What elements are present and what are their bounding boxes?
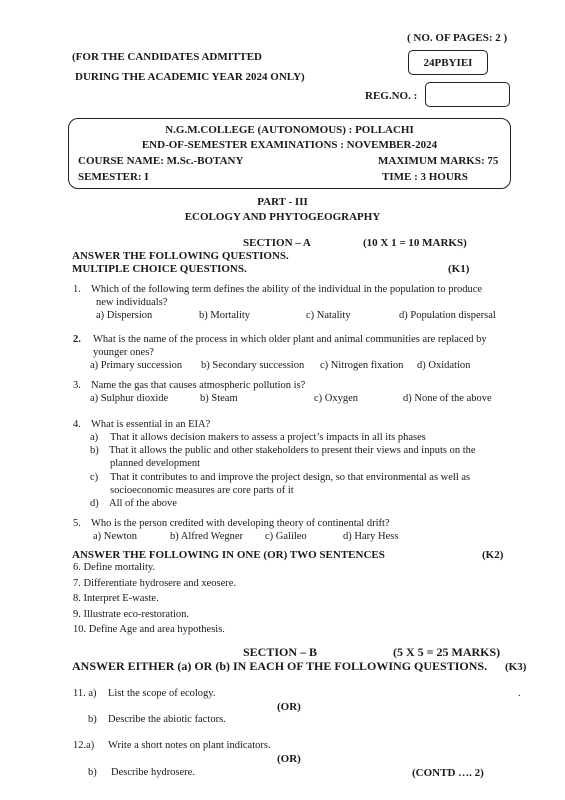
question-5-option-c: c) Galileo — [265, 531, 307, 542]
question-5-text: Who is the person credited with developi… — [91, 518, 390, 529]
question-4-text: What is essential in an EIA? — [91, 419, 210, 430]
question-2-text: What is the name of the process in which… — [93, 334, 487, 345]
trailing-dot: . — [518, 688, 521, 699]
paper-code-box: 24PBYIEI — [408, 50, 488, 75]
question-3-option-b: b) Steam — [200, 393, 238, 404]
question-3-number: 3. — [73, 380, 81, 391]
reg-no-label: REG.NO. : — [365, 90, 417, 102]
question-12b-number: b) — [88, 767, 97, 778]
subject-title: ECOLOGY AND PHYTOGEOGRAPHY — [0, 211, 565, 223]
question-4-option-b: That it allows the public and other stak… — [109, 445, 476, 456]
continued-note: (CONTD …. 2) — [412, 767, 484, 779]
question-1-text-cont: new individuals? — [96, 297, 167, 308]
exam-title: END-OF-SEMESTER EXAMINATIONS : NOVEMBER-… — [68, 139, 511, 151]
section-a-instruction: ANSWER THE FOLLOWING QUESTIONS. — [72, 250, 289, 262]
question-1-option-d: d) Population dispersal — [399, 310, 496, 321]
college-name: N.G.M.COLLEGE (AUTONOMOUS) : POLLACHI — [68, 124, 511, 136]
question-5-option-d: d) Hary Hess — [343, 531, 398, 542]
question-1-option-b: b) Mortality — [199, 310, 250, 321]
question-3-option-d: d) None of the above — [403, 393, 492, 404]
max-marks: MAXIMUM MARKS: 75 — [378, 155, 498, 167]
question-4-number: 4. — [73, 419, 81, 430]
mcq-instruction: MULTIPLE CHOICE QUESTIONS. — [72, 263, 247, 275]
question-1-number: 1. — [73, 284, 81, 295]
question-1-text: Which of the following term defines the … — [91, 284, 482, 295]
question-11b-text: Describe the abiotic factors. — [108, 714, 226, 725]
k3-level: (K3) — [505, 661, 526, 673]
question-11b-number: b) — [88, 714, 97, 725]
question-3-text: Name the gas that causes atmospheric pol… — [91, 380, 305, 391]
admitted-note-line2: DURING THE ACADEMIC YEAR 2024 ONLY) — [75, 71, 305, 83]
question-12b-text: Describe hydrosere. — [111, 767, 195, 778]
question-10: 10. Define Age and area hypothesis. — [73, 624, 225, 635]
question-2-option-b: b) Secondary succession — [201, 360, 304, 371]
section-a-marks: (10 X 1 = 10 MARKS) — [363, 237, 467, 249]
question-4-option-d-label: d) — [90, 498, 99, 509]
question-2-option-c: c) Nitrogen fixation — [320, 360, 403, 371]
page-count: ( NO. OF PAGES: 2 ) — [407, 32, 507, 44]
question-1-option-c: c) Natality — [306, 310, 351, 321]
question-2-option-d: d) Oxidation — [417, 360, 470, 371]
question-5-option-a: a) Newton — [93, 531, 137, 542]
section-b-instruction: ANSWER EITHER (a) OR (b) IN EACH OF THE … — [72, 659, 487, 674]
question-2-text-cont: younger ones? — [93, 347, 154, 358]
semester: SEMESTER: I — [78, 171, 149, 183]
admitted-note-line1: (FOR THE CANDIDATES ADMITTED — [72, 51, 262, 63]
question-4-option-b-cont: planned development — [110, 458, 200, 469]
question-11-or: (OR) — [277, 701, 301, 713]
short-answer-instruction: ANSWER THE FOLLOWING IN ONE (OR) TWO SEN… — [72, 549, 385, 561]
question-4-option-b-label: b) — [90, 445, 99, 456]
k1-level: (K1) — [448, 263, 469, 275]
question-7: 7. Differentiate hydrosere and xeosere. — [73, 578, 236, 589]
section-a-title: SECTION – A — [243, 237, 311, 249]
question-11a-text: List the scope of ecology. — [108, 688, 216, 699]
question-6: 6. Define mortality. — [73, 562, 155, 573]
question-8: 8. Interpret E-waste. — [73, 593, 159, 604]
section-b-marks: (5 X 5 = 25 MARKS) — [393, 645, 500, 660]
question-2-option-a: a) Primary succession — [90, 360, 182, 371]
question-3-option-c: c) Oxygen — [314, 393, 358, 404]
question-1-option-a: a) Dispersion — [96, 310, 152, 321]
exam-time: TIME : 3 HOURS — [382, 171, 468, 183]
question-2-number: 2. — [73, 334, 81, 345]
question-4-option-c-cont: socioeconomic measures are core parts of… — [110, 485, 294, 496]
question-4-option-c-label: c) — [90, 472, 98, 483]
question-4-option-a-label: a) — [90, 432, 98, 443]
question-3-option-a: a) Sulphur dioxide — [90, 393, 168, 404]
question-9: 9. Illustrate eco-restoration. — [73, 609, 189, 620]
question-4-option-c: That it contributes to and improve the p… — [110, 472, 470, 483]
course-name: COURSE NAME: M.Sc.-BOTANY — [78, 155, 243, 167]
paper-code: 24PBYIEI — [424, 57, 473, 69]
question-12a-text: Write a short notes on plant indicators. — [108, 740, 271, 751]
section-b-title: SECTION – B — [243, 645, 317, 660]
question-5-option-b: b) Alfred Wegner — [170, 531, 243, 542]
reg-no-field[interactable] — [425, 82, 510, 107]
part-title: PART - III — [0, 196, 565, 208]
question-12a-number: 12.a) — [73, 740, 94, 751]
question-5-number: 5. — [73, 518, 81, 529]
question-4-option-d: All of the above — [109, 498, 177, 509]
question-4-option-a: That it allows decision makers to assess… — [110, 432, 426, 443]
question-12-or: (OR) — [277, 753, 301, 765]
question-11a-number: 11. a) — [73, 688, 97, 699]
k2-level: (K2) — [482, 549, 503, 561]
